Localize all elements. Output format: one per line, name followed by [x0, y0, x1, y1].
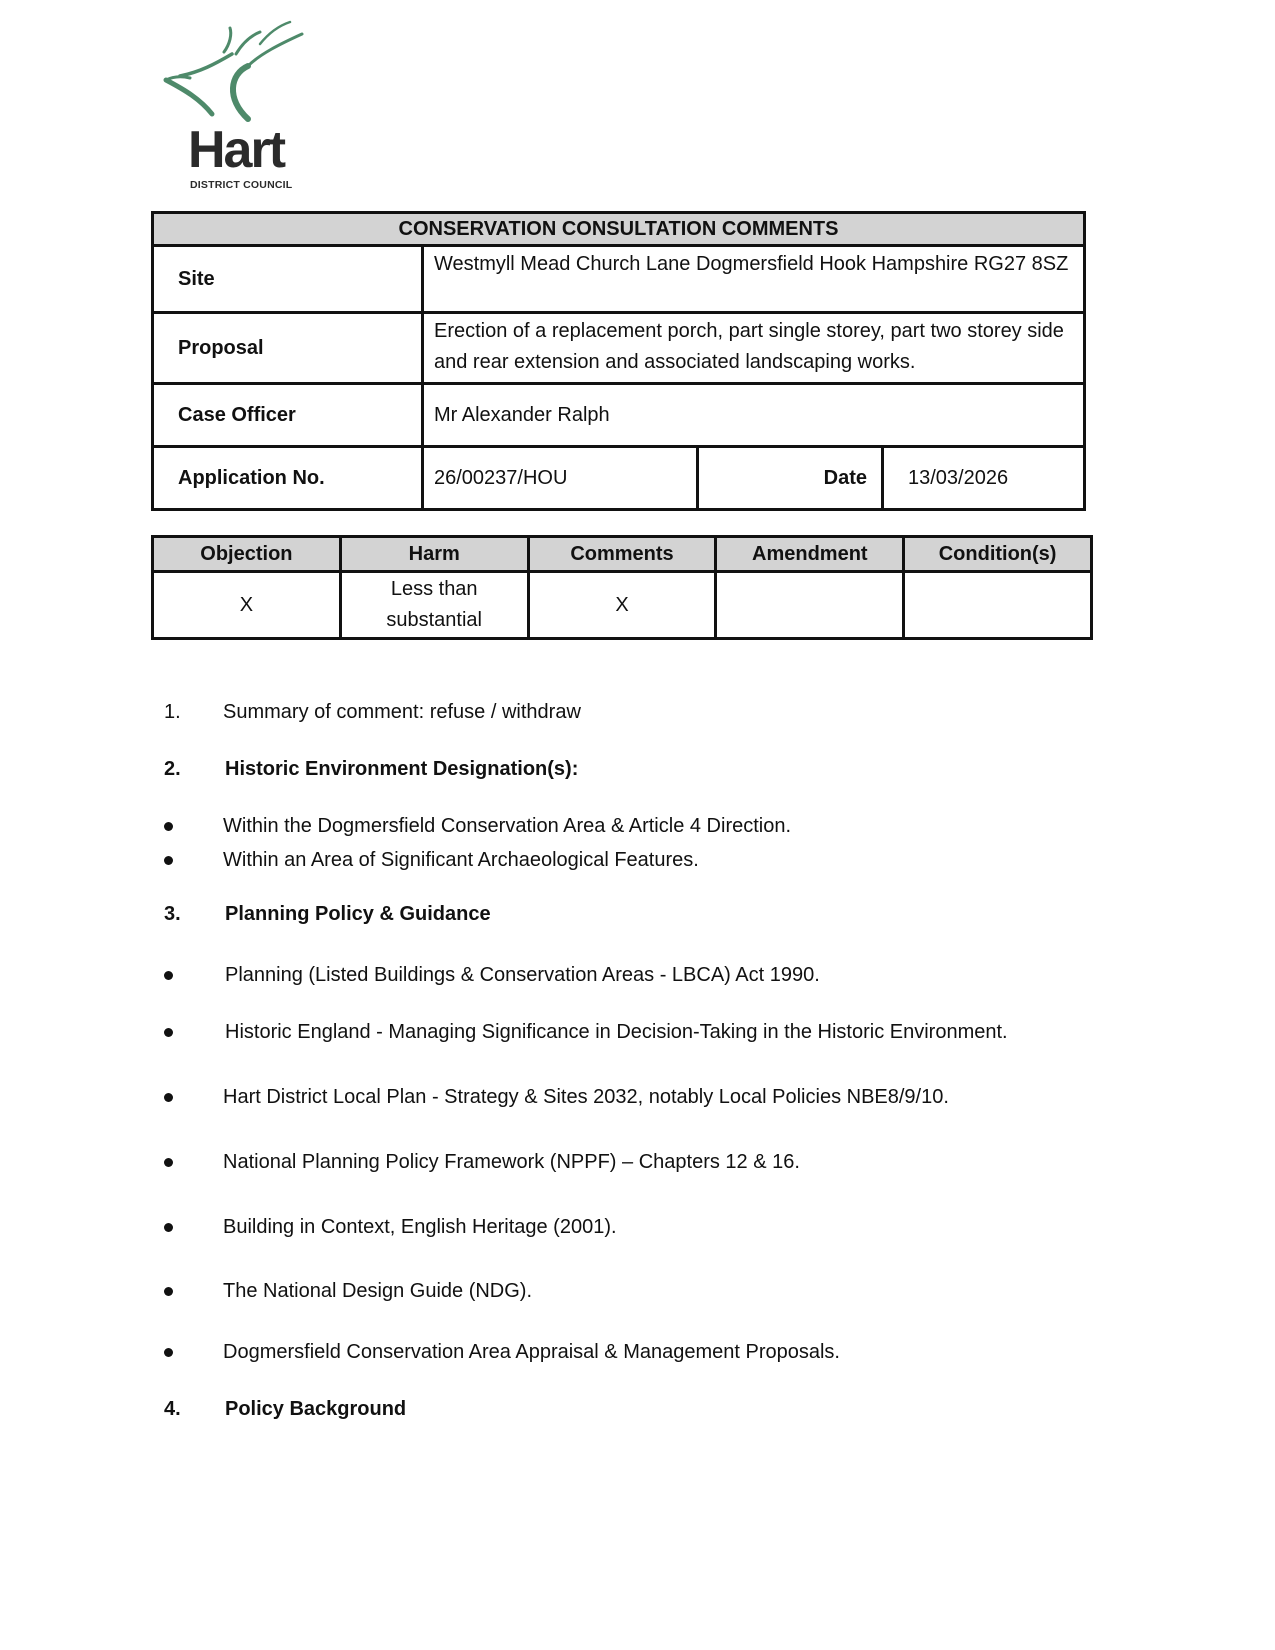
bullet-icon	[164, 1158, 173, 1167]
header-conditions: Condition(s)	[904, 537, 1092, 572]
table-row: X Less than substantial X	[153, 572, 1092, 639]
table-row: Proposal Erection of a replacement porch…	[153, 313, 1085, 384]
objection-cell: X	[153, 572, 341, 639]
section-heading: Policy Background	[225, 1397, 406, 1421]
bullet-icon	[164, 1348, 173, 1357]
header-comments: Comments	[528, 537, 716, 572]
header-harm: Harm	[340, 537, 528, 572]
section-heading: Historic Environment Designation(s):	[225, 757, 578, 781]
section-number: 2.	[164, 757, 204, 781]
comments-cell: X	[528, 572, 716, 639]
assessment-table: Objection Harm Comments Amendment Condit…	[151, 535, 1093, 640]
logo-wordmark: Hart	[188, 124, 284, 176]
harm-cell: Less than substantial	[340, 572, 528, 639]
site-value: Westmyll Mead Church Lane Dogmersfield H…	[423, 246, 1085, 313]
application-number-value: 26/00237/HOU	[423, 447, 698, 510]
conditions-cell	[904, 572, 1092, 639]
proposal-label: Proposal	[153, 313, 423, 384]
logo-subtitle: DISTRICT COUNCIL	[190, 179, 292, 191]
bullet-icon	[164, 1223, 173, 1232]
date-label: Date	[698, 447, 883, 510]
site-label: Site	[153, 246, 423, 313]
header-amendment: Amendment	[716, 537, 904, 572]
bullet-icon	[164, 822, 173, 831]
section-number: 1.	[164, 700, 204, 724]
bullet-icon	[164, 856, 173, 865]
date-value: 13/03/2026	[883, 447, 1085, 510]
summary-text: Summary of comment: refuse / withdraw	[223, 700, 581, 724]
amendment-cell	[716, 572, 904, 639]
section-number: 4.	[164, 1397, 204, 1421]
table-title: CONSERVATION CONSULTATION COMMENTS	[153, 213, 1085, 246]
consultation-details-table: CONSERVATION CONSULTATION COMMENTS Site …	[151, 211, 1086, 511]
section-number: 3.	[164, 902, 204, 926]
proposal-value: Erection of a replacement porch, part si…	[423, 313, 1085, 384]
bullet-icon	[164, 1287, 173, 1296]
stag-antler-icon	[160, 14, 320, 124]
bullet-icon	[164, 1028, 173, 1037]
table-row: Case Officer Mr Alexander Ralph	[153, 384, 1085, 447]
case-officer-value: Mr Alexander Ralph	[423, 384, 1085, 447]
bullet-icon	[164, 1093, 173, 1102]
table-row: Site Westmyll Mead Church Lane Dogmersfi…	[153, 246, 1085, 313]
section-heading: Planning Policy & Guidance	[225, 902, 491, 926]
bullet-icon	[164, 971, 173, 980]
hart-district-council-logo: Hart DISTRICT COUNCIL	[160, 14, 320, 194]
application-number-label: Application No.	[153, 447, 423, 510]
header-objection: Objection	[153, 537, 341, 572]
case-officer-label: Case Officer	[153, 384, 423, 447]
table-row: Application No. 26/00237/HOU Date 13/03/…	[153, 447, 1085, 510]
